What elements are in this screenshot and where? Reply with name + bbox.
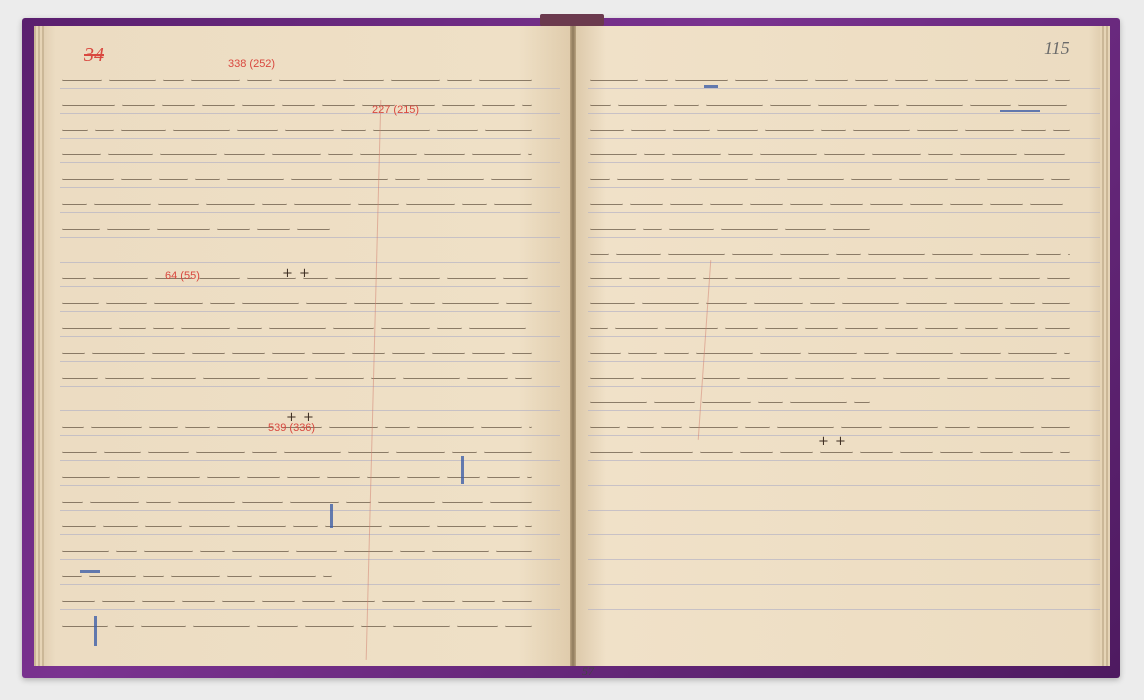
ruled-line xyxy=(588,336,1100,337)
handwriting-word xyxy=(227,177,284,180)
handwriting-word xyxy=(399,276,440,279)
handwriting-word xyxy=(615,326,658,329)
ruled-line xyxy=(588,237,1100,238)
handwriting-word xyxy=(472,351,505,354)
handwriting-word xyxy=(874,103,899,106)
handwriting-word xyxy=(158,202,199,205)
handwriting-word xyxy=(427,177,484,180)
handwriting-word xyxy=(312,351,345,354)
handwriting-word xyxy=(385,425,410,428)
handwriting-word xyxy=(590,450,633,453)
handwriting-word xyxy=(960,351,1001,354)
handwriting-word xyxy=(333,326,374,329)
handwriting-word xyxy=(200,549,225,552)
ruled-line xyxy=(60,609,560,610)
handwriting-word xyxy=(732,252,773,255)
handwriting-word xyxy=(925,326,958,329)
handwriting-word xyxy=(980,450,1013,453)
handwriting-word xyxy=(160,152,217,155)
handwriting-word xyxy=(643,227,662,230)
handwriting-word xyxy=(1036,252,1061,255)
handwriting-word xyxy=(935,276,992,279)
handwriting-word xyxy=(710,202,743,205)
handwriting-word xyxy=(62,549,109,552)
handwriting-word xyxy=(700,450,733,453)
handwriting-word xyxy=(432,351,465,354)
handwriting-word xyxy=(381,326,430,329)
handwriting-word xyxy=(257,227,290,230)
blue-pencil-mark xyxy=(80,570,100,573)
handwriting-word xyxy=(899,177,948,180)
handwriting-word xyxy=(142,599,175,602)
handwriting-word xyxy=(328,152,353,155)
handwriting-word xyxy=(144,549,193,552)
reference-annotation: 338 (252) xyxy=(228,58,275,70)
handwriting-word xyxy=(322,103,355,106)
handwriting-word xyxy=(940,450,973,453)
ruled-line xyxy=(60,584,560,585)
handwriting-word xyxy=(590,103,611,106)
handwriting-word xyxy=(765,128,814,131)
handwriting-word xyxy=(496,549,532,552)
ruled-line xyxy=(60,510,560,511)
ruled-line xyxy=(60,336,560,337)
handwriting-word xyxy=(670,202,703,205)
ruled-line xyxy=(588,187,1100,188)
handwriting-word xyxy=(108,152,153,155)
handwriting-word xyxy=(717,128,758,131)
handwriting-word xyxy=(62,276,86,279)
handwriting-word xyxy=(354,301,403,304)
right-page-number: 115 xyxy=(1044,38,1070,59)
handwriting-word xyxy=(1055,78,1070,81)
handwriting-word xyxy=(667,276,696,279)
handwriting-word xyxy=(590,425,620,428)
handwriting-word xyxy=(668,252,725,255)
handwriting-word xyxy=(389,524,430,527)
handwriting-word xyxy=(62,475,110,478)
handwriting-word xyxy=(895,78,928,81)
handwriting-word xyxy=(62,599,95,602)
handwriting-word xyxy=(833,227,870,230)
section-marker: + + xyxy=(286,410,315,425)
handwriting-word xyxy=(447,78,472,81)
handwriting-word xyxy=(437,128,478,131)
handwriting-word xyxy=(808,351,857,354)
handwriting-word xyxy=(342,599,375,602)
ruled-line xyxy=(588,485,1100,486)
handwriting-word xyxy=(152,351,185,354)
handwriting-word xyxy=(590,227,636,230)
handwriting-word xyxy=(889,425,938,428)
handwriting-word xyxy=(836,252,861,255)
handwriting-word xyxy=(95,128,114,131)
handwriting-word xyxy=(285,128,334,131)
handwriting-word xyxy=(62,177,114,180)
handwriting-word xyxy=(487,475,520,478)
handwriting-word xyxy=(851,376,876,379)
handwriting-word xyxy=(294,202,351,205)
handwriting-word xyxy=(815,78,848,81)
handwriting-word xyxy=(382,599,415,602)
handwriting-word xyxy=(503,276,528,279)
ruled-line xyxy=(588,510,1100,511)
handwriting-word xyxy=(224,152,265,155)
handwriting-word xyxy=(361,624,386,627)
handwriting-word xyxy=(896,351,953,354)
spine-tab xyxy=(540,14,604,26)
handwriting-word xyxy=(725,326,758,329)
handwriting-word xyxy=(153,326,174,329)
handwriting-word xyxy=(154,301,203,304)
handwriting-word xyxy=(672,152,721,155)
handwriting-word xyxy=(102,599,135,602)
handwriting-word xyxy=(173,128,230,131)
handwriting-word xyxy=(1045,326,1070,329)
handwriting-word xyxy=(262,202,287,205)
handwriting-word xyxy=(203,376,260,379)
handwriting-word xyxy=(484,450,532,453)
handwriting-word xyxy=(400,549,425,552)
handwriting-word xyxy=(671,177,692,180)
handwriting-word xyxy=(505,624,532,627)
handwriting-word xyxy=(590,78,638,81)
handwriting-word xyxy=(885,326,918,329)
ruled-line xyxy=(588,212,1100,213)
handwriting-word xyxy=(845,326,878,329)
handwriting-word xyxy=(442,103,475,106)
handwriting-word xyxy=(851,177,892,180)
handwriting-word xyxy=(62,326,112,329)
handwriting-word xyxy=(395,177,420,180)
handwriting-word xyxy=(935,78,968,81)
handwriting-word xyxy=(290,500,339,503)
handwriting-word xyxy=(706,301,747,304)
handwriting-word xyxy=(424,152,465,155)
handwriting-word xyxy=(590,252,609,255)
handwriting-word xyxy=(1015,78,1048,81)
handwriting-word xyxy=(664,351,689,354)
handwriting-word xyxy=(645,78,668,81)
handwriting-word xyxy=(945,425,970,428)
handwriting-word xyxy=(699,177,748,180)
blue-pencil-mark xyxy=(330,504,333,528)
handwriting-word xyxy=(116,549,137,552)
handwriting-word xyxy=(192,351,225,354)
handwriting-word xyxy=(627,425,654,428)
handwriting-word xyxy=(467,376,508,379)
handwriting-word xyxy=(485,128,532,131)
handwriting-word xyxy=(590,301,635,304)
handwriting-word xyxy=(954,301,1003,304)
handwriting-word xyxy=(191,78,240,81)
handwriting-word xyxy=(62,227,100,230)
handwriting-word xyxy=(442,301,499,304)
handwriting-word xyxy=(457,624,498,627)
handwriting-word xyxy=(494,202,532,205)
handwriting-word xyxy=(93,276,148,279)
handwriting-word xyxy=(755,177,780,180)
handwriting-word xyxy=(805,326,838,329)
handwriting-word xyxy=(999,276,1040,279)
handwriting-word xyxy=(222,599,255,602)
handwriting-word xyxy=(199,276,240,279)
handwriting-word xyxy=(62,524,96,527)
handwriting-word xyxy=(1053,128,1070,131)
handwriting-word xyxy=(872,152,921,155)
handwriting-word xyxy=(847,276,896,279)
handwriting-word xyxy=(735,276,792,279)
handwriting-word xyxy=(348,450,389,453)
handwriting-word xyxy=(479,78,532,81)
handwriting-word xyxy=(472,152,521,155)
handwriting-word xyxy=(452,450,477,453)
handwriting-word xyxy=(674,103,699,106)
handwriting-word xyxy=(62,152,101,155)
handwriting-word xyxy=(590,152,637,155)
handwriting-word xyxy=(481,425,522,428)
handwriting-word xyxy=(242,103,275,106)
handwriting-word xyxy=(910,202,943,205)
handwriting-word xyxy=(104,450,141,453)
handwriting-word xyxy=(305,624,354,627)
handwriting-word xyxy=(502,599,532,602)
handwriting-word xyxy=(760,152,817,155)
handwriting-word xyxy=(442,500,483,503)
handwriting-word xyxy=(706,103,763,106)
handwriting-word xyxy=(325,524,382,527)
handwriting-word xyxy=(1018,103,1067,106)
section-marker: + + xyxy=(818,434,847,449)
handwriting-word xyxy=(590,276,622,279)
handwriting-word xyxy=(422,599,455,602)
page-edges xyxy=(1100,26,1110,666)
ruled-line xyxy=(60,534,560,535)
handwriting-word xyxy=(641,376,696,379)
handwriting-word xyxy=(117,475,140,478)
handwriting-word xyxy=(146,500,171,503)
handwriting-word xyxy=(259,574,316,577)
handwriting-word xyxy=(1068,252,1070,255)
handwriting-word xyxy=(799,276,840,279)
handwriting-word xyxy=(960,152,1017,155)
page-edges xyxy=(34,26,44,666)
ruled-line xyxy=(60,435,560,436)
handwriting-word xyxy=(148,450,189,453)
ruled-line xyxy=(60,212,560,213)
handwriting-word xyxy=(854,400,870,403)
ruled-line xyxy=(588,162,1100,163)
handwriting-word xyxy=(590,202,623,205)
handwriting-word xyxy=(1051,376,1070,379)
book-gutter xyxy=(570,26,576,666)
handwriting-word xyxy=(482,103,515,106)
handwriting-word xyxy=(109,78,156,81)
handwriting-word xyxy=(860,450,893,453)
handwriting-word xyxy=(1008,351,1057,354)
handwriting-word xyxy=(232,549,289,552)
handwriting-word xyxy=(740,450,773,453)
handwriting-word xyxy=(393,624,450,627)
ruled-line xyxy=(60,460,560,461)
handwriting-word xyxy=(296,549,337,552)
ruled-line xyxy=(60,262,560,263)
ruled-line xyxy=(588,609,1100,610)
handwriting-word xyxy=(515,376,532,379)
handwriting-word xyxy=(955,177,980,180)
handwriting-word xyxy=(206,202,255,205)
ruled-line xyxy=(588,262,1100,263)
handwriting-word xyxy=(745,425,770,428)
handwriting-word xyxy=(367,475,400,478)
handwriting-word xyxy=(1020,450,1053,453)
handwriting-word xyxy=(654,400,695,403)
handwriting-word xyxy=(302,599,335,602)
handwriting-word xyxy=(159,177,188,180)
handwriting-word xyxy=(590,351,621,354)
handwriting-word xyxy=(917,128,958,131)
handwriting-word xyxy=(151,376,196,379)
handwriting-word xyxy=(91,425,142,428)
handwriting-word xyxy=(590,177,610,180)
handwriting-word xyxy=(217,227,250,230)
handwriting-word xyxy=(105,376,144,379)
handwriting-word xyxy=(1051,177,1070,180)
handwriting-word xyxy=(735,78,768,81)
handwriting-word xyxy=(590,326,608,329)
ruled-line xyxy=(60,88,560,89)
handwriting-word xyxy=(750,202,783,205)
handwriting-word xyxy=(522,103,532,106)
handwriting-word xyxy=(378,500,435,503)
handwriting-word xyxy=(391,78,440,81)
handwriting-word xyxy=(995,376,1044,379)
handwriting-word xyxy=(616,252,661,255)
handwriting-word xyxy=(987,177,1044,180)
handwriting-word xyxy=(775,78,808,81)
ruled-line xyxy=(60,237,560,238)
handwriting-word xyxy=(447,276,496,279)
ruled-line xyxy=(60,485,560,486)
handwriting-word xyxy=(341,128,366,131)
handwriting-word xyxy=(143,574,164,577)
handwriting-word xyxy=(883,376,940,379)
handwriting-word xyxy=(590,376,634,379)
handwriting-word xyxy=(89,574,136,577)
handwriting-word xyxy=(631,128,666,131)
handwriting-word xyxy=(669,227,714,230)
ruled-line xyxy=(588,386,1100,387)
handwriting-word xyxy=(335,276,392,279)
handwriting-word xyxy=(242,500,283,503)
handwriting-word xyxy=(247,475,280,478)
handwriting-word xyxy=(903,276,928,279)
handwriting-word xyxy=(252,450,277,453)
handwriting-word xyxy=(728,152,753,155)
handwriting-word xyxy=(1021,128,1046,131)
handwriting-word xyxy=(590,128,624,131)
handwriting-word xyxy=(62,128,88,131)
handwriting-word xyxy=(754,301,803,304)
handwriting-word xyxy=(780,450,813,453)
ruled-line xyxy=(60,286,560,287)
ruled-line xyxy=(588,584,1100,585)
handwriting-word xyxy=(644,152,665,155)
handwriting-word xyxy=(770,103,811,106)
handwriting-word xyxy=(758,400,783,403)
handwriting-word xyxy=(293,524,318,527)
handwriting-word xyxy=(94,202,151,205)
handwriting-word xyxy=(291,177,332,180)
handwriting-word xyxy=(227,574,252,577)
blue-pencil-mark xyxy=(94,616,97,646)
handwriting-word xyxy=(410,301,435,304)
handwriting-word xyxy=(62,425,84,428)
handwriting-word xyxy=(207,475,240,478)
handwriting-word xyxy=(269,326,326,329)
handwriting-word xyxy=(493,524,518,527)
handwriting-word xyxy=(932,252,973,255)
handwriting-word xyxy=(820,450,853,453)
handwriting-word xyxy=(1010,301,1035,304)
handwriting-word xyxy=(618,103,667,106)
ruled-line xyxy=(588,286,1100,287)
handwriting-word xyxy=(315,376,364,379)
handwriting-word xyxy=(970,103,1011,106)
handwriting-word xyxy=(352,351,385,354)
handwriting-word xyxy=(437,326,462,329)
handwriting-word xyxy=(765,326,798,329)
blue-pencil-mark xyxy=(1000,110,1040,112)
handwriting-word xyxy=(790,400,847,403)
handwriting-word xyxy=(965,326,998,329)
handwriting-word xyxy=(630,202,663,205)
handwriting-word xyxy=(417,425,474,428)
handwriting-word xyxy=(790,202,823,205)
handwriting-word xyxy=(145,524,182,527)
handwriting-word xyxy=(232,351,265,354)
handwriting-word xyxy=(462,599,495,602)
handwriting-word xyxy=(189,524,230,527)
handwriting-word xyxy=(62,351,85,354)
handwriting-word xyxy=(673,128,710,131)
handwriting-word xyxy=(122,103,155,106)
handwriting-word xyxy=(785,227,826,230)
ruled-line xyxy=(588,88,1100,89)
handwriting-word xyxy=(928,152,953,155)
handwriting-word xyxy=(1030,202,1063,205)
handwriting-word xyxy=(1060,450,1070,453)
handwriting-word xyxy=(323,574,332,577)
handwriting-word xyxy=(202,103,235,106)
handwriting-word xyxy=(279,78,336,81)
ruled-line xyxy=(60,386,560,387)
handwriting-word xyxy=(777,425,834,428)
handwriting-word xyxy=(196,450,245,453)
handwriting-word xyxy=(62,574,82,577)
right-page xyxy=(574,26,1110,666)
handwriting-word xyxy=(906,301,947,304)
handwriting-word xyxy=(810,301,835,304)
handwriting-word xyxy=(107,227,150,230)
handwriting-word xyxy=(760,351,801,354)
handwriting-word xyxy=(490,500,532,503)
ruled-line xyxy=(60,361,560,362)
handwriting-word xyxy=(346,500,371,503)
handwriting-word xyxy=(965,128,1014,131)
handwriting-word xyxy=(855,78,888,81)
handwriting-word xyxy=(217,425,274,428)
